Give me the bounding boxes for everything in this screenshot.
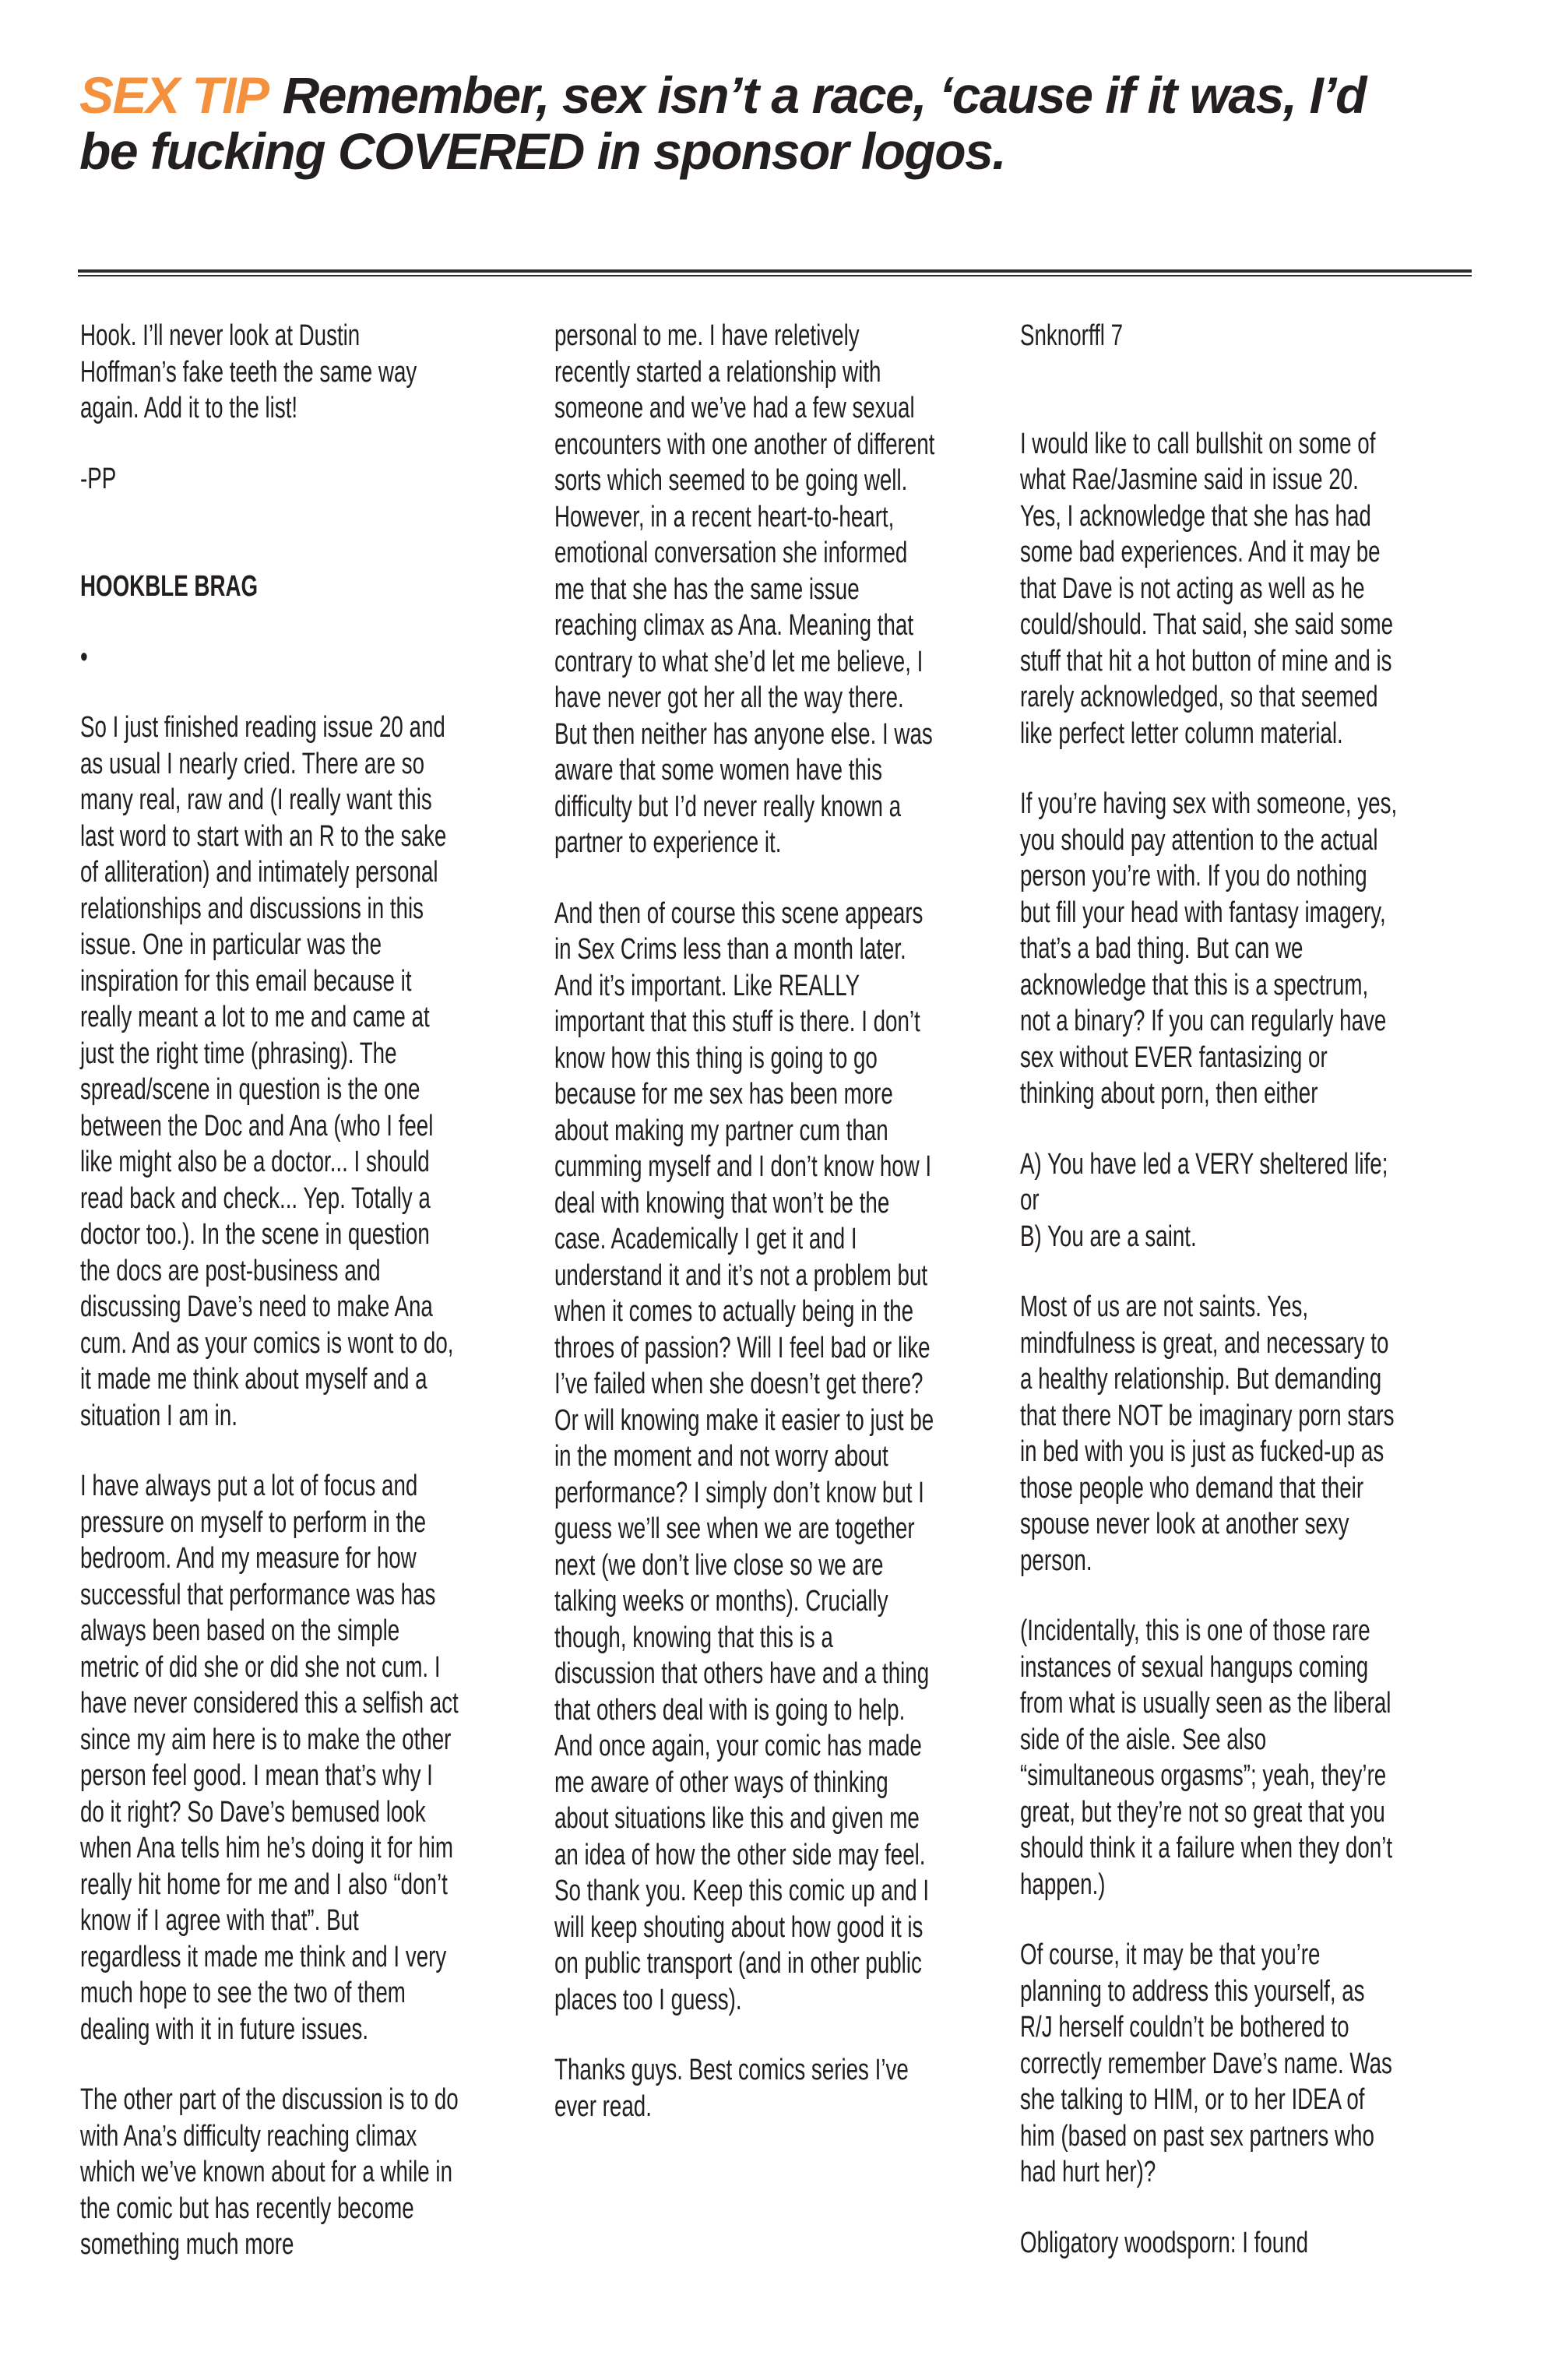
column-3: Snknorffl 7 I would like to call bullshi… — [1020, 318, 1402, 2295]
letter-paragraph: Obligatory woodsporn: I found — [1020, 2225, 1402, 2262]
letter-paragraph: So I just finished reading issue 20 and … — [80, 709, 463, 1434]
sex-tip-label: SEX TIP — [79, 66, 269, 124]
letter-paragraph: Most of us are not saints. Yes, mindfuln… — [1020, 1289, 1402, 1579]
headline-line1-text: Remember, sex isn’t a race, ‘cause if it… — [283, 66, 1366, 124]
letter-paragraph: (Incidentally, this is one of those rare… — [1020, 1613, 1402, 1903]
letter-paragraph: The other part of the discussion is to d… — [80, 2082, 463, 2263]
page-title: SEX TIPRemember, sex isn’t a race, ‘caus… — [79, 67, 1366, 179]
letters-page: SEX TIPRemember, sex isn’t a race, ‘caus… — [0, 0, 1548, 2380]
column-2: personal to me. I have reletively recent… — [554, 318, 937, 2159]
list-item-b: B) You are a saint. — [1020, 1219, 1402, 1255]
letter-paragraph: Hook. I’ll never look at Dustin Hoffman’… — [80, 318, 463, 427]
column-1: Hook. I’ll never look at Dustin Hoffman’… — [80, 318, 463, 2297]
headline-line1: SEX TIPRemember, sex isn’t a race, ‘caus… — [79, 67, 1366, 123]
letter-heading-hookble-brag: HOOKBLE BRAG — [80, 569, 463, 605]
divider-rule — [78, 269, 1472, 276]
letter-paragraph: I would like to call bullshit on some of… — [1020, 426, 1402, 752]
letter-paragraph: Of course, it may be that you’re plannin… — [1020, 1937, 1402, 2191]
letter-paragraph: personal to me. I have reletively recent… — [554, 318, 937, 861]
signature-pp: -PP — [80, 461, 463, 498]
letter-paragraph: Thanks guys. Best comics series I’ve eve… — [554, 2052, 937, 2125]
letter-paragraph: And then of course this scene appears in… — [554, 896, 937, 2019]
headline-line2: be fucking COVERED in sponsor logos. — [79, 123, 1366, 179]
letter-paragraph: If you’re having sex with someone, yes, … — [1020, 786, 1402, 1112]
list-item-a: A) You have led a VERY sheltered life; o… — [1020, 1146, 1402, 1219]
letter-heading-snknorffl: Snknorffl 7 — [1020, 318, 1402, 354]
letter-paragraph: I have always put a lot of focus and pre… — [80, 1468, 463, 2047]
bullet-point: • — [80, 639, 463, 676]
